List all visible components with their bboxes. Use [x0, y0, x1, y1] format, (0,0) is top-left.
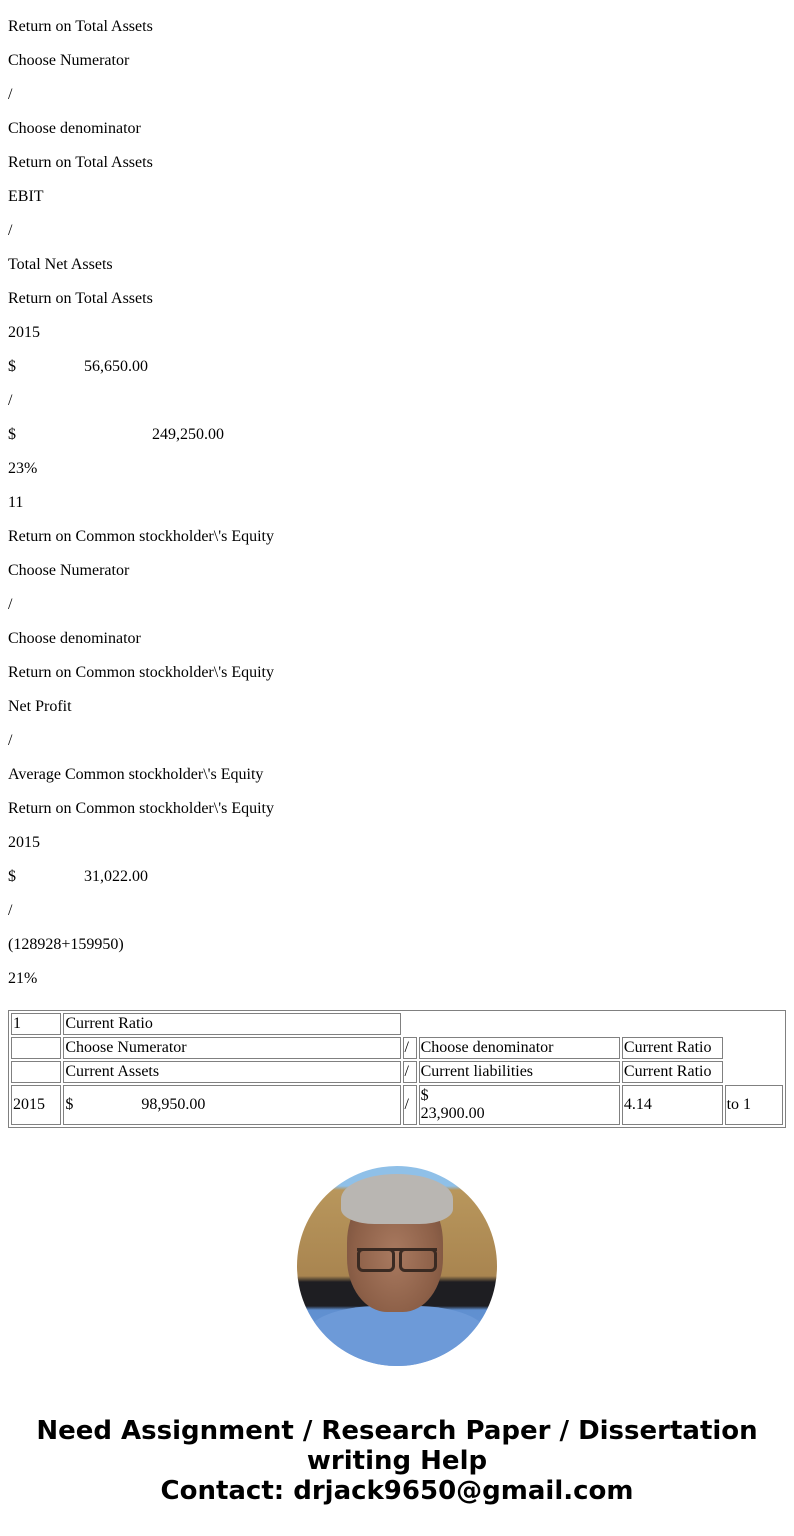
currency-symbol: $: [421, 1087, 429, 1104]
divider: /: [8, 722, 786, 756]
table-row: Current Assets / Current liabilities Cur…: [11, 1061, 783, 1083]
table-row: 2015 $98,950.00 / $23,900.00 4.14 to 1: [11, 1085, 783, 1125]
numerator-label: Net Profit: [8, 688, 786, 722]
table-cell-label: Current Ratio: [622, 1061, 723, 1083]
item-index: 11: [8, 484, 786, 518]
table-cell-denominator: Current liabilities: [419, 1061, 620, 1083]
table-cell-numerator-value: $98,950.00: [63, 1085, 400, 1125]
section-title: Return on Common stockholder\'s Equity: [8, 790, 786, 824]
section-title: Return on Total Assets: [8, 280, 786, 314]
divider: /: [8, 892, 786, 926]
table-cell-numerator: Choose Numerator: [63, 1037, 400, 1059]
numerator-amount: $31,022.00: [8, 858, 786, 892]
author-photo-container: [0, 1166, 794, 1366]
photo-hair: [341, 1174, 453, 1224]
current-ratio-table: 1 Current Ratio Choose Numerator / Choos…: [8, 1010, 786, 1128]
numerator-label: EBIT: [8, 178, 786, 212]
ratio-result: 23%: [8, 450, 786, 484]
promo-line-2: writing Help: [0, 1446, 794, 1476]
table-cell-year: 2015: [11, 1085, 61, 1125]
table-cell-denominator-value: $23,900.00: [419, 1085, 620, 1125]
table-cell-empty: [11, 1037, 61, 1059]
table-cell-empty: [725, 1037, 783, 1059]
denominator-expression: (128928+159950): [8, 926, 786, 960]
table-cell-suffix: to 1: [725, 1085, 783, 1125]
table-cell-divider: /: [403, 1085, 417, 1125]
table-cell-ratio: 4.14: [622, 1085, 723, 1125]
numerator-amount: $56,650.00: [8, 348, 786, 382]
table-cell-index: 1: [11, 1013, 61, 1035]
currency-symbol: $: [8, 426, 16, 443]
table-cell-empty: [403, 1013, 783, 1035]
section-title: Return on Common stockholder\'s Equity: [8, 654, 786, 688]
table-cell-denominator: Choose denominator: [419, 1037, 620, 1059]
denominator-prompt: Choose denominator: [8, 110, 786, 144]
numerator-prompt: Choose Numerator: [8, 552, 786, 586]
table-cell-empty: [725, 1061, 783, 1083]
table-cell-title: Current Ratio: [63, 1013, 400, 1035]
section-title: Return on Total Assets: [8, 8, 786, 42]
denominator-amount: $249,250.00: [8, 416, 786, 450]
amount-value: 56,650.00: [84, 358, 148, 375]
divider: /: [8, 382, 786, 416]
currency-symbol: $: [65, 1096, 73, 1113]
table-cell-divider: /: [403, 1061, 417, 1083]
table-cell-numerator: Current Assets: [63, 1061, 400, 1083]
section-title: Return on Total Assets: [8, 144, 786, 178]
amount-value: 98,950.00: [141, 1096, 205, 1113]
denominator-label: Total Net Assets: [8, 246, 786, 280]
year: 2015: [8, 314, 786, 348]
divider: /: [8, 76, 786, 110]
denominator-label: Average Common stockholder\'s Equity: [8, 756, 786, 790]
amount-value: 23,900.00: [421, 1105, 485, 1122]
author-photo: [297, 1166, 497, 1366]
divider: /: [8, 212, 786, 246]
promo-contact: Contact: drjack9650@gmail.com: [0, 1476, 794, 1506]
table-cell-empty: [11, 1061, 61, 1083]
numerator-prompt: Choose Numerator: [8, 42, 786, 76]
promo-line-1: Need Assignment / Research Paper / Disse…: [0, 1416, 794, 1446]
section-title: Return on Common stockholder\'s Equity: [8, 518, 786, 552]
document-body: Return on Total Assets Choose Numerator …: [0, 0, 794, 1128]
ratio-result: 21%: [8, 960, 786, 994]
table-cell-label: Current Ratio: [622, 1037, 723, 1059]
glasses-icon: [357, 1248, 437, 1271]
currency-symbol: $: [8, 868, 16, 885]
table-row: 1 Current Ratio: [11, 1013, 783, 1035]
promo-banner: Need Assignment / Research Paper / Disse…: [0, 1416, 794, 1536]
table-cell-divider: /: [403, 1037, 417, 1059]
divider: /: [8, 586, 786, 620]
year: 2015: [8, 824, 786, 858]
amount-value: 249,250.00: [152, 426, 224, 443]
table-row: Choose Numerator / Choose denominator Cu…: [11, 1037, 783, 1059]
denominator-prompt: Choose denominator: [8, 620, 786, 654]
amount-value: 31,022.00: [84, 868, 148, 885]
photo-shirt: [307, 1306, 487, 1366]
currency-symbol: $: [8, 358, 16, 375]
